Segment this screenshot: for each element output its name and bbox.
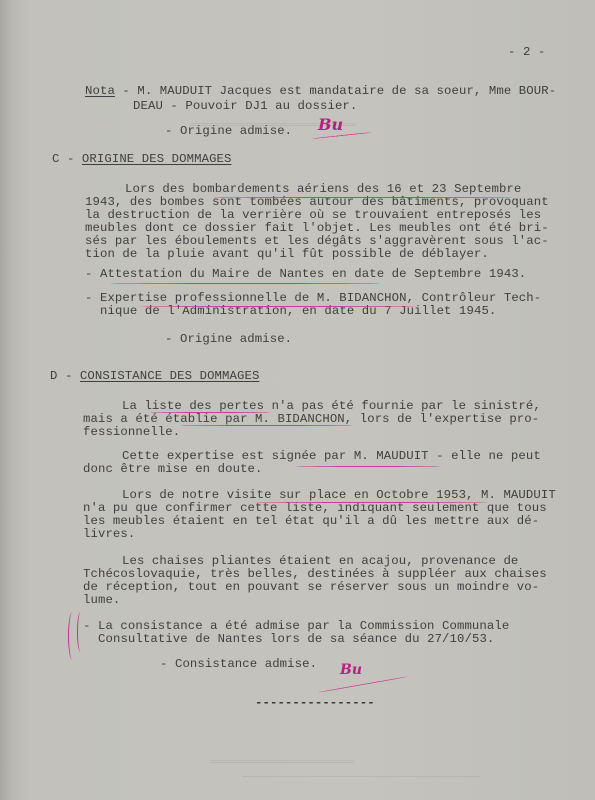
section-letter: C - <box>52 152 82 166</box>
paragraph-line: les meubles étaient en tel état qu'il a … <box>83 515 539 528</box>
handwritten-bracket <box>68 612 77 660</box>
bleed-through-text: ════════════════════ <box>210 755 354 769</box>
pink-underline <box>180 425 352 426</box>
pink-underline <box>150 412 270 413</box>
section-c-heading: C - ORIGINE DES DOMMAGES <box>52 153 232 166</box>
paragraph-line: lume. <box>83 594 120 607</box>
section-d-heading: D - CONSISTANCE DES DOMMAGES <box>50 370 259 383</box>
document-page: ═══════════════════════ ════════════════… <box>0 0 595 800</box>
section-d-conclusion: - Consistance admise. <box>160 658 317 671</box>
section-letter: D - <box>50 369 80 383</box>
pink-underline <box>140 306 415 307</box>
paragraph-line: de réception, tout en pouvant se réserve… <box>83 581 539 594</box>
nota-line-1: Nota - M. MAUDUIT Jacques est mandataire… <box>85 85 556 98</box>
bleed-through-text: ───────────────────────────────── <box>120 770 480 784</box>
pink-underline <box>296 466 440 467</box>
commission-line: Consultative de Nantes lors de sa séance… <box>98 633 494 646</box>
paragraph-line: fessionnelle. <box>83 426 180 439</box>
handwritten-initials: Bu <box>340 662 362 678</box>
nota-text: - M. MAUDUIT Jacques est mandataire de s… <box>115 84 556 98</box>
page-number: - 2 - <box>508 46 545 59</box>
pink-underline <box>213 197 513 198</box>
paragraph-line: donc être mise en doute. <box>83 463 263 476</box>
nota-conclusion: - Origine admise. <box>165 125 292 138</box>
section-title: CONSISTANCE DES DOMMAGES <box>80 369 260 383</box>
separator-line: ---------------- <box>255 697 375 710</box>
initials-underline <box>319 676 408 693</box>
paragraph-line: livres. <box>83 528 135 541</box>
nota-line-2: DEAU - Pouvoir DJ1 au dossier. <box>133 100 357 113</box>
list-item-attestation: - Attestation du Maire de Nantes en date… <box>85 268 526 281</box>
pink-underline <box>255 502 487 503</box>
section-c-conclusion: - Origine admise. <box>165 333 292 346</box>
handwritten-initials: Bu <box>318 115 343 134</box>
section-title: ORIGINE DES DOMMAGES <box>82 152 232 166</box>
nota-label: Nota <box>85 84 115 98</box>
paragraph-line: tion de la pluie avant qu'il fût possibl… <box>85 248 489 261</box>
pink-underline <box>110 283 380 284</box>
